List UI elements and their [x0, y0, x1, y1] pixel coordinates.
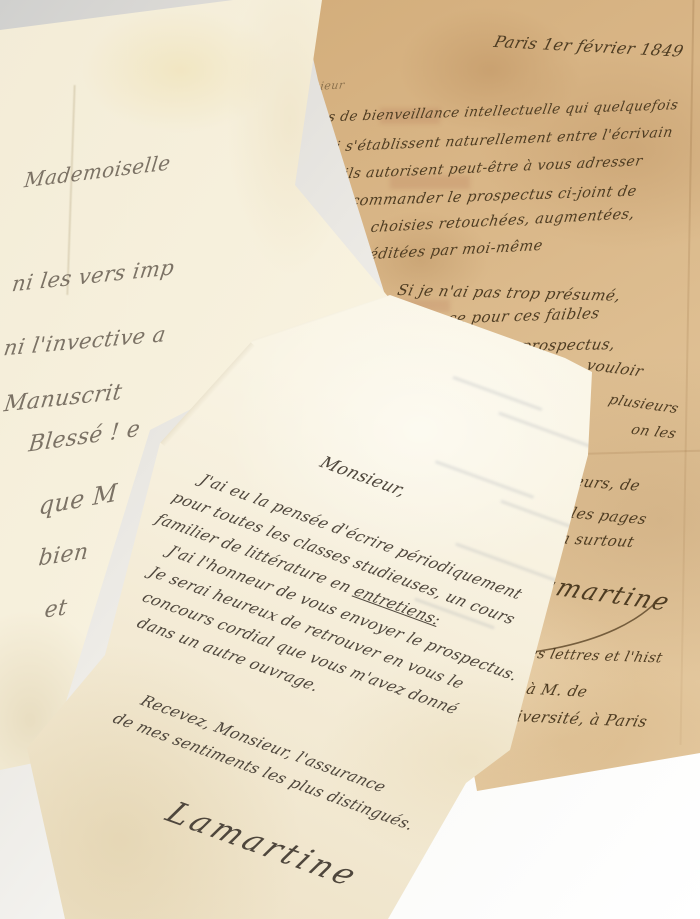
- crease: [66, 85, 75, 295]
- handwriting-line: qui s'établissent naturellement entre l'…: [315, 124, 674, 156]
- fold-line: [481, 772, 700, 808]
- handwriting-line: et: [43, 595, 68, 624]
- salutation-fragment: sieur: [313, 78, 345, 93]
- handwriting-line: choisies retouchées, augmentées,: [369, 206, 635, 236]
- handwriting-line: bien: [37, 539, 90, 572]
- handwriting-line: recommander le prospectus ci-joint de: [333, 183, 638, 210]
- handwriting-line: Manuscrit: [2, 380, 123, 418]
- ghost-writing: [452, 376, 542, 411]
- handwriting-line: et éditées par moi-même: [347, 238, 543, 264]
- salutation: Mademoiselle: [23, 150, 172, 192]
- handwriting-line: Blessé ! e: [27, 416, 141, 457]
- handwriting-line: on les: [629, 422, 679, 442]
- handwriting-line: plusieurs: [606, 392, 681, 417]
- handwriting-line: vouloir: [584, 356, 646, 380]
- handwriting-line: teur, ils autorisent peut-être à vous ad…: [302, 153, 643, 184]
- ghost-writing: [435, 460, 535, 499]
- signature-lamartine: Lamartine: [159, 796, 367, 894]
- photo-of-letters: Paris 1er février 1849 sieur orts de bie…: [0, 0, 700, 919]
- handwriting-line: que M: [38, 478, 119, 521]
- dateline: Paris 1er février 1849: [492, 32, 686, 61]
- handwriting-line: ni l'invective a: [2, 322, 168, 361]
- closing-line: de mes sentiments les plus distingués.: [109, 710, 418, 834]
- salutation: Monsieur,: [316, 453, 410, 501]
- handwriting-line: orts de bienveillance intellectuelle qui…: [305, 97, 679, 126]
- crease: [679, 0, 694, 745]
- handwriting-line: ni les vers imp: [11, 255, 176, 297]
- fold-line: [479, 761, 700, 798]
